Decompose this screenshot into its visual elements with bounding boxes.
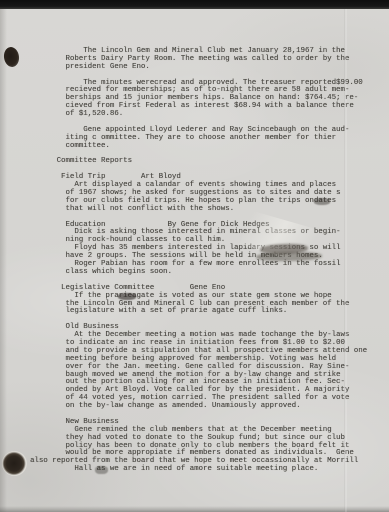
line: on the by-law change as amended. Unamiou… — [30, 403, 367, 411]
treasurer-paragraph: The minutes werecread and approved. The … — [30, 80, 367, 119]
line: legislature with a set of prarie agate c… — [30, 308, 367, 316]
line: of $1,520.86. — [30, 111, 367, 119]
opening-paragraph: The Lincoln Gem and Mineral Club met Jan… — [30, 48, 367, 72]
field-trip-section: Field Trip Art Bloyd Art displayed a cal… — [30, 174, 367, 213]
scan-edge-top — [0, 0, 389, 9]
line: Committee Reports — [30, 158, 367, 166]
old-business-section: Old Business At the December meeting a m… — [30, 324, 367, 411]
overstrike-mark — [95, 466, 108, 474]
scan-edge-bottom — [0, 506, 389, 512]
new-business-section: New Business Gene remined the club membe… — [30, 419, 367, 474]
legislative-committee-section: Legislative Committee Gene Eno If the pr… — [30, 285, 367, 317]
left-edge-shadow — [0, 9, 7, 512]
line: that will not conflict with the shows. — [30, 206, 367, 214]
line: Hall as we are in need of amore suitable… — [30, 466, 367, 474]
overstrike-mark — [314, 198, 330, 205]
scanned-minutes-page: The Lincoln Gem and Mineral Club met Jan… — [0, 0, 389, 512]
committee-reports-heading: Committee Reports — [30, 158, 367, 166]
overstrike-mark — [118, 293, 136, 300]
fold-line — [344, 9, 347, 512]
line: class which begins soon. — [30, 269, 367, 277]
hole-punch-bottom-icon — [2, 451, 27, 476]
line: committee. — [30, 143, 367, 151]
line: president Gene Eno. — [30, 64, 367, 72]
audit-committee-paragraph: Gene appointed Lloyd Lederer and Ray Sci… — [30, 127, 367, 151]
